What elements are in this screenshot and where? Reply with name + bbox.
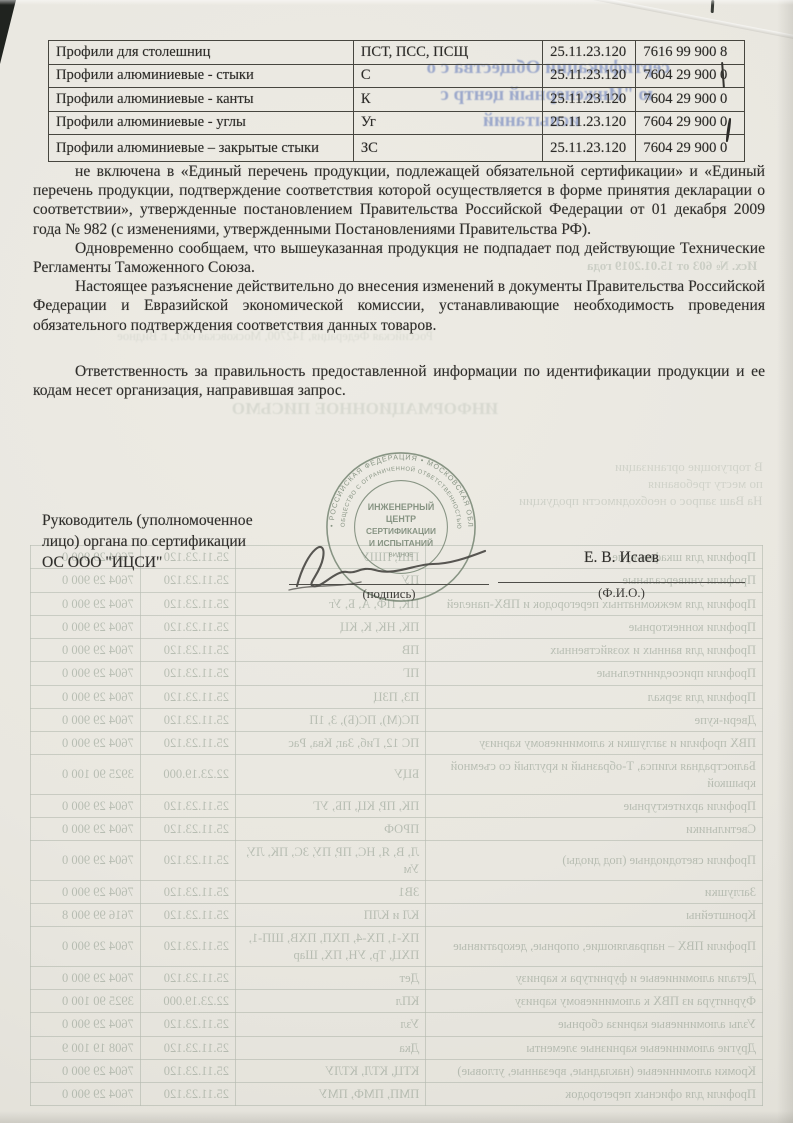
page-edge-highlight <box>0 0 793 5</box>
cell-okpd: 25.11.23.120 <box>140 685 235 708</box>
cell-okpd: 25.11.23.120 <box>140 794 235 817</box>
product-table-row: Профили алюминиевые - кантыК25.11.23.120… <box>49 88 745 112</box>
signatory-role-line: Руководитель (уполномоченное <box>42 510 322 531</box>
bleed-table-row: Детали алюминиевые и фурнитура к карнизу… <box>31 966 763 989</box>
cell-tnved: 7604 29 900 0 <box>31 1083 141 1106</box>
paragraph: Ответственность за правильность предоста… <box>33 362 765 400</box>
bleedthrough-addressee-line: На Ваш запрос о необходимости продукции <box>519 493 763 509</box>
fio-line <box>498 582 745 583</box>
cell-designation: ПГ <box>235 662 425 685</box>
cell-designation: ЗС <box>353 135 542 162</box>
cell-okpd: 25.11.23.120 <box>140 732 235 755</box>
cell-name: Профили светодиодные (под диоды) <box>426 841 763 881</box>
cell-designation: КЛ и КЛП <box>235 904 425 927</box>
signature-line <box>289 584 489 585</box>
cell-okpd: 25.11.23.120 <box>140 1013 235 1036</box>
cell-tnved: 7604 29 900 0 <box>31 662 141 685</box>
cell-name: Профили присоединительные <box>426 662 763 685</box>
bleed-table-row: Узлы алюминиевые карниза сборныеУзл25.11… <box>31 1013 763 1036</box>
cell-okpd: 25.11.23.120 <box>543 64 636 88</box>
cell-designation: ПСТ, ПСС, ПСЩ <box>353 41 542 65</box>
cell-designation: ПК, ПР, КЦ, ПБ, УГ <box>235 794 425 817</box>
cell-tnved: 7604 29 900 0 <box>636 88 745 112</box>
bleedthrough-letter-heading: ИНФОРМАЦИОННОЕ ПИСЬМО <box>205 399 525 419</box>
cell-name: Кронштейны <box>426 904 763 927</box>
cell-okpd: 25.11.23.120 <box>140 708 235 731</box>
cell-designation: ПС(М), ПС(Б), З, 1П <box>235 708 425 731</box>
cell-okpd: 25.11.23.120 <box>140 1036 235 1059</box>
cell-designation: ПК, НК, К, КЦ <box>235 615 425 638</box>
bleed-table-row: ПВХ профили и заглушки к алюминиевому ка… <box>31 732 763 755</box>
cell-name: Профили алюминиевые - углы <box>49 111 354 135</box>
cell-designation: ПВ <box>235 639 425 662</box>
cell-designation: ПМП, ПМФ, ПМУ <box>235 1083 425 1106</box>
cell-designation: ПЗ, ПЗЦ <box>235 685 425 708</box>
bleed-table-row: СветильникиПРОФ25.11.23.1207604 29 900 0 <box>31 818 763 841</box>
product-table-row: Профили для столешницПСТ, ПСС, ПСЩ25.11.… <box>49 41 745 65</box>
cell-name: Балюстрадная клипса, Т-образный и круглы… <box>426 755 763 795</box>
cell-okpd: 25.11.23.120 <box>140 904 235 927</box>
cell-tnved: 7604 29 900 0 <box>31 880 141 903</box>
cell-okpd: 25.11.23.120 <box>140 639 235 662</box>
cell-designation: КТЦ, КТЛ, КТЛУ <box>235 1059 425 1082</box>
product-table-row: Профили алюминиевые – закрытые стыкиЗС25… <box>49 135 745 162</box>
cell-okpd: 25.11.23.120 <box>140 662 235 685</box>
cell-designation: Л, В, Я, НС, ПР, ПУ, ЗС, ПК, ЛУ, Ум <box>235 841 425 881</box>
fio-caption: (Ф.И.О.) <box>498 586 745 601</box>
cell-okpd: 22.23.19.000 <box>140 990 235 1013</box>
bleedthrough-addressee-line: по месту требования <box>648 476 763 492</box>
cell-name: Профили алюминиевые - стыки <box>49 64 354 88</box>
cell-tnved: 7604 29 900 0 <box>31 966 141 989</box>
bleed-table-row: Балюстрадная клипса, Т-образный и круглы… <box>31 755 763 795</box>
cell-tnved: 7604 29 900 0 <box>31 615 141 638</box>
bleedthrough-table: Профили для шкафов-купеПШ, ПШУ25.11.23.1… <box>30 545 763 1110</box>
page-edge-shadow <box>777 0 793 1123</box>
cell-name: Светильники <box>426 818 763 841</box>
paragraph: не включена в «Единый перечень продукции… <box>33 162 765 239</box>
cell-name: Профили для зеркал <box>426 685 763 708</box>
cell-name: Фурнитура из ПВХ к алюминиевому карнизу <box>426 990 763 1013</box>
cell-tnved: 7608 19 100 9 <box>31 1036 141 1059</box>
cell-tnved: 7604 29 900 0 <box>31 732 141 755</box>
cell-okpd: 25.11.23.120 <box>140 592 235 615</box>
signatory-name: Е. В. Исаев <box>498 549 745 567</box>
cell-okpd: 25.11.23.120 <box>140 841 235 881</box>
cell-okpd: 25.11.23.120 <box>543 41 636 65</box>
cell-okpd: 25.11.23.120 <box>140 818 235 841</box>
cell-designation: Дка <box>235 1036 425 1059</box>
signatory-role-line: лицо) органа по сертификации <box>42 531 322 552</box>
cell-designation: ПХ-1, ПХ-4, ПХП, ПХВ, ШП-1, ПХЦ, Тр, УН,… <box>235 927 425 967</box>
cell-tnved: 7604 29 900 0 <box>31 708 141 731</box>
product-table-row: Профили алюминиевые - углыУг25.11.23.120… <box>49 111 745 135</box>
cell-name: Двери-купе <box>426 708 763 731</box>
cell-okpd: 25.11.23.120 <box>140 615 235 638</box>
cell-name: Профили для ванных и хозяйственных <box>426 639 763 662</box>
bleed-table-row: Профили архитектурныеПК, ПР, КЦ, ПБ, УГ2… <box>31 794 763 817</box>
cell-name: Профили алюминиевые – закрытые стыки <box>49 135 354 162</box>
bleed-table-row: Профили коннекторныеПК, НК, К, КЦ25.11.2… <box>31 615 763 638</box>
cell-tnved: 3925 90 100 0 <box>31 990 141 1013</box>
bleed-table-row: Профили для зеркалПЗ, ПЗЦ25.11.23.120760… <box>31 685 763 708</box>
cell-tnved: 7604 29 900 0 <box>31 685 141 708</box>
cell-name: Другие алюминиевые карнизные элементы <box>426 1036 763 1059</box>
bleed-table-row: Профили светодиодные (под диоды)Л, В, Я,… <box>31 841 763 881</box>
cell-designation: КПл <box>235 990 425 1013</box>
bleed-table-row: ЗаглушкиЗВ125.11.23.1207604 29 900 0 <box>31 880 763 903</box>
cell-okpd: 25.11.23.120 <box>543 88 636 112</box>
cell-designation: Узл <box>235 1013 425 1036</box>
cell-name: Детали алюминиевые и фурнитура к карнизу <box>426 966 763 989</box>
cell-name: Профили коннекторные <box>426 615 763 638</box>
cell-tnved: 7604 29 900 0 <box>31 1013 141 1036</box>
bleed-table-row: Другие алюминиевые карнизные элементыДка… <box>31 1036 763 1059</box>
cell-tnved: 7604 29 900 0 <box>31 927 141 967</box>
cell-okpd: 25.11.23.120 <box>140 966 235 989</box>
bleed-table-row: Профили для ванных и хозяйственныхПВ25.1… <box>31 639 763 662</box>
bleed-table-row: Профили присоединительныеПГ25.11.23.1207… <box>31 662 763 685</box>
paragraph: Настоящее разъяснение действительно до в… <box>33 277 765 335</box>
cell-tnved: 7616 99 900 8 <box>636 41 745 65</box>
signatory-role-line: ОС ООО "ИЦСИ" <box>42 552 322 573</box>
cell-designation: ЗВ1 <box>235 880 425 903</box>
cell-tnved: 7604 29 900 0 <box>31 639 141 662</box>
cell-name: Кромки алюминиевые (накладные, врезанные… <box>426 1059 763 1082</box>
cell-okpd: 25.11.23.120 <box>140 880 235 903</box>
bleed-table-row: Профили ПВХ – направляющие, опорные, дек… <box>31 927 763 967</box>
cell-name: Профили для офисных перегородок <box>426 1083 763 1106</box>
bleed-table-row: Кромки алюминиевые (накладные, врезанные… <box>31 1059 763 1082</box>
cell-tnved: 7604 29 900 0 <box>31 1059 141 1082</box>
cell-okpd: 25.11.23.120 <box>543 111 636 135</box>
cell-name: ПВХ профили и заглушки к алюминиевому ка… <box>426 732 763 755</box>
letter-body: не включена в «Единый перечень продукции… <box>33 162 765 400</box>
signature-caption: (подпись) <box>289 587 489 602</box>
cell-designation: ПС 12, Гиб, Заг, Ква, Рас <box>235 732 425 755</box>
stamp-center-line: ИНЖЕНЕРНЫЙ <box>368 501 434 512</box>
cell-name: Заглушки <box>426 880 763 903</box>
cell-name: Профили для столешниц <box>49 41 354 65</box>
bleedthrough-addressee-line: В торгующие организации <box>615 459 763 475</box>
cell-name: Профили архитектурные <box>426 794 763 817</box>
cell-tnved: 7604 29 900 0 <box>31 818 141 841</box>
cell-okpd: 25.11.23.120 <box>140 927 235 967</box>
signatory-role: Руководитель (уполномоченное лицо) орган… <box>42 510 322 573</box>
bleed-table-row: Фурнитура из ПВХ к алюминиевому карнизуК… <box>31 990 763 1013</box>
cell-okpd: 22.23.19.000 <box>140 755 235 795</box>
cell-tnved: 3925 90 100 0 <box>31 755 141 795</box>
scanned-document-page: сертификации Общества с о ю "Инженерный … <box>0 0 793 1123</box>
page-edge-shadow <box>0 1111 793 1123</box>
cell-designation: Уг <box>353 111 542 135</box>
product-codes-table: Профили для столешницПСТ, ПСС, ПСЩ25.11.… <box>48 40 745 162</box>
cell-designation: Дет <box>235 966 425 989</box>
cell-okpd: 25.11.23.120 <box>543 135 636 162</box>
scanner-corner-shadow <box>0 0 16 64</box>
cell-okpd: 25.11.23.120 <box>140 1059 235 1082</box>
cell-tnved: 7604 29 900 0 <box>636 64 745 88</box>
bleed-table-row: Профили для офисных перегородокПМП, ПМФ,… <box>31 1083 763 1106</box>
bleed-table-row: КронштейныКЛ и КЛП25.11.23.1207616 99 90… <box>31 904 763 927</box>
paragraph: Одновременно сообщаем, что вышеуказанная… <box>33 239 765 277</box>
cell-designation: С <box>353 64 542 88</box>
cell-name: Профили алюминиевые - канты <box>49 88 354 112</box>
paper-crease <box>507 0 793 41</box>
bleed-table-row: Двери-купеПС(М), ПС(Б), З, 1П25.11.23.12… <box>31 708 763 731</box>
cell-okpd: 25.11.23.120 <box>140 1083 235 1106</box>
cell-designation: К <box>353 88 542 112</box>
cell-tnved: 7604 29 900 0 <box>31 841 141 881</box>
cell-tnved: 7616 99 900 8 <box>31 904 141 927</box>
product-table-row: Профили алюминиевые - стыкиС25.11.23.120… <box>49 64 745 88</box>
cell-designation: ПРОФ <box>235 818 425 841</box>
cell-tnved: 7604 29 900 0 <box>31 592 141 615</box>
cell-designation: БЦУ <box>235 755 425 795</box>
cell-tnved: 7604 29 900 0 <box>31 794 141 817</box>
cell-name: Профили ПВХ – направляющие, опорные, дек… <box>426 927 763 967</box>
cell-name: Узлы алюминиевые карниза сборные <box>426 1013 763 1036</box>
